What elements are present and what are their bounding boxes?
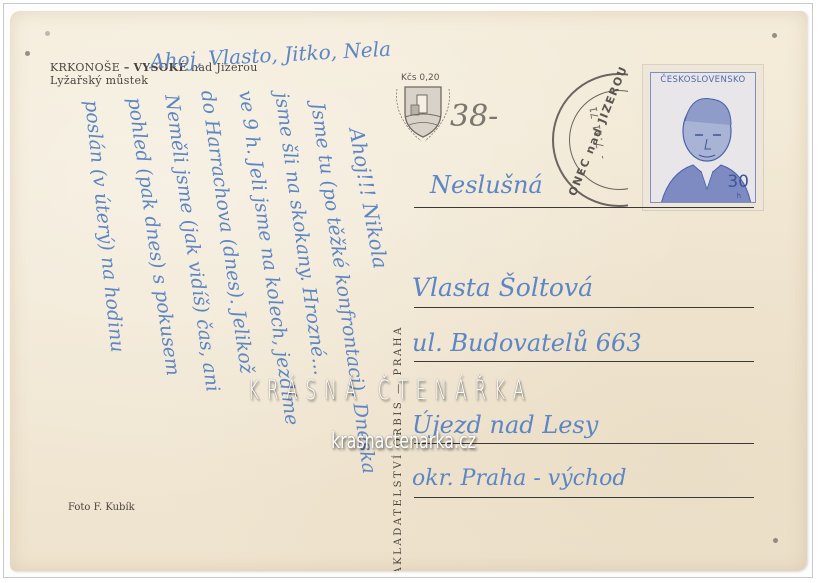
- postage-stamp: ČESKOSLOVENSKO 30 h: [643, 65, 763, 210]
- card-spot: [773, 538, 778, 543]
- handwritten-price: 38-: [450, 99, 498, 134]
- address-rule: [414, 497, 754, 498]
- caption-region: KRKONOŠE: [50, 61, 120, 74]
- address-line-district: okr. Praha - východ: [412, 466, 626, 491]
- stamp-unit: h: [737, 192, 741, 200]
- charity-emblem: Kčs 0,20: [391, 73, 455, 143]
- address-rule: [414, 361, 754, 362]
- photo-credit: Foto F. Kubík: [68, 502, 135, 513]
- card-spot: [25, 51, 30, 56]
- watermark-url: krasnactenarka.cz: [331, 429, 476, 454]
- card-spot: [772, 33, 777, 38]
- caption-separator: –: [124, 61, 130, 74]
- stamp-value: 30: [727, 172, 749, 192]
- watermark-title: KRÁSNÁ ČTENÁŘKA: [248, 375, 532, 406]
- address-line-street: ul. Budovatelů 663: [412, 329, 642, 357]
- message-top-line: Ahoj, Vlasto, Jitko, Nela: [150, 37, 392, 74]
- address-line-name: Vlasta Šoltová: [412, 273, 593, 302]
- shield-icon: [391, 73, 455, 143]
- address-salutation: Neslušná: [430, 171, 543, 199]
- stamp-design: ČESKOSLOVENSKO 30 h: [650, 72, 756, 203]
- postcard: KRKONOŠE – VYSOKÉ nad Jizerou Lyžařský m…: [10, 11, 807, 571]
- caption-subject: Lyžařský můstek: [50, 74, 258, 87]
- message-line: Ahoj!!! Nikola: [344, 126, 392, 270]
- card-spot: [45, 31, 50, 36]
- address-rule: [414, 307, 754, 308]
- address-rule: [414, 207, 754, 208]
- message-line: poslán (v úterý) na hodinu: [80, 99, 128, 354]
